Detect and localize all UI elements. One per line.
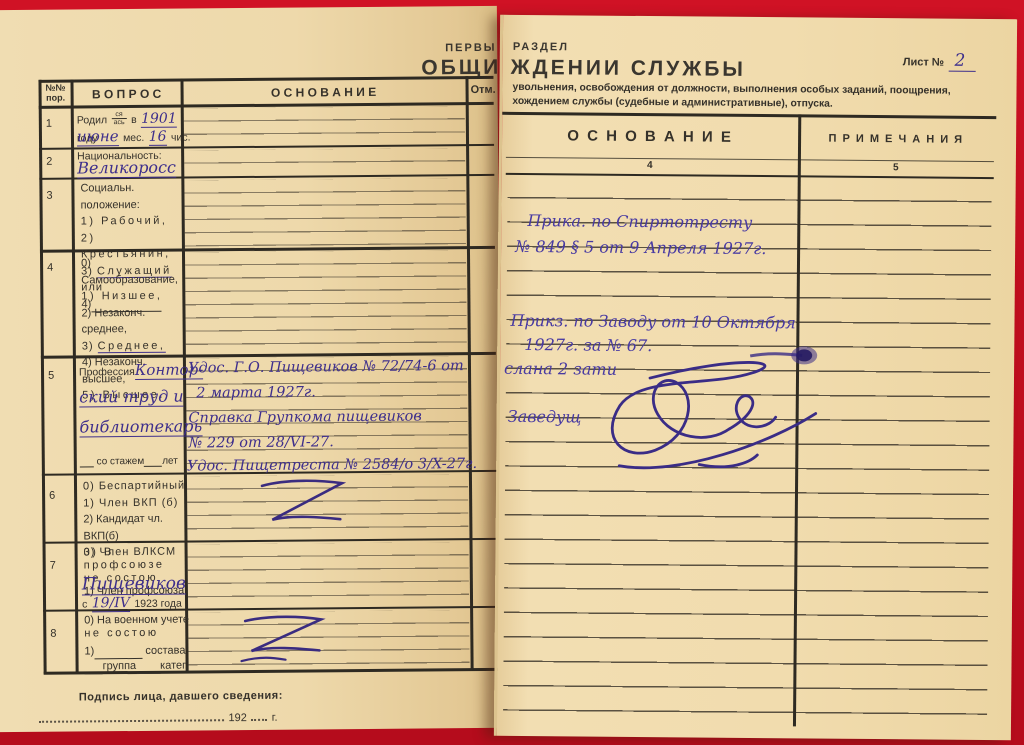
notes-column-header: П Р И М Е Ч А Н И Я xyxy=(800,132,992,146)
row7-date: с 19/IV 1923 года xyxy=(82,594,182,613)
row2-num: 2 xyxy=(46,156,52,168)
sheet-label: Лист № xyxy=(903,56,944,68)
birth-day-handwritten: 16 xyxy=(149,129,167,146)
z-strike-mark xyxy=(252,475,353,536)
row7-num: 7 xyxy=(50,560,56,572)
left-section-word: ПЕРВЫ xyxy=(445,42,496,54)
birth-year-handwritten: 1901 xyxy=(141,111,177,128)
section-subtitle: увольнения, освобождения от должности, в… xyxy=(512,81,972,112)
row8-options: 0) На военном учете не состою 1) состава… xyxy=(78,610,195,674)
basis-column-header: О С Н О В А Н И Е xyxy=(502,127,798,147)
profession-handwritten-3: библиотекарь xyxy=(79,416,202,437)
basis-line-5: Удос. Пищетреста № 2584/о 3/X-27г. xyxy=(187,456,477,475)
col-mark-header: Отм. xyxy=(471,84,496,96)
entry1-line1: Прика. по Спиртотресту xyxy=(527,211,752,232)
row1-month-day: июне мес. 16 чис. xyxy=(77,126,191,146)
row8-num: 8 xyxy=(50,628,56,640)
col-num-header: №№пор. xyxy=(41,83,69,103)
basis-column-number: 4 xyxy=(502,159,798,173)
col-question-header: В О П Р О С xyxy=(74,87,180,102)
sheet-number-handwritten: 2 xyxy=(948,51,975,72)
row5-stazh: со стажемлет xyxy=(80,455,178,468)
right-title-word: ЖДЕНИИ СЛУЖБЫ xyxy=(511,56,746,82)
entry1-line2: № 849 § 5 от 9 Апреля 1927г. xyxy=(515,237,766,258)
sya-as-fraction: ся ась xyxy=(111,111,126,126)
basis-line-2: 2 марта 1927г. xyxy=(196,384,316,401)
selected-option-underlined: Среднее, xyxy=(98,339,166,353)
row4-num: 4 xyxy=(47,262,53,274)
nationality-handwritten: Великоросс xyxy=(77,158,176,179)
right-section-word: РАЗДЕЛ xyxy=(513,41,569,53)
row4-options: 0) Самообразование, 1) Низшее, 2) Незако… xyxy=(75,252,188,404)
basis-line-3: Справка Групкома пищевиков xyxy=(188,408,422,426)
scanned-work-record-book: { "header": { "left_section_word": "ПЕРВ… xyxy=(0,0,1024,745)
row1-num: 1 xyxy=(46,118,52,130)
col-basis-header: О С Н О В А Н И Е xyxy=(184,84,464,100)
entry2-line1: Прикз. по Заводу от 10 Октября xyxy=(510,311,795,332)
sheet-number-block: Лист № 2 xyxy=(903,50,976,71)
row5-num: 5 xyxy=(48,370,54,382)
row3-num: 3 xyxy=(46,190,52,202)
signature-line: 192 г. xyxy=(39,708,278,728)
birth-month-handwritten: июне xyxy=(77,127,119,146)
basis-line-1: Удос. Г.О. Пищевиков № 72/74-6 от xyxy=(188,358,464,376)
signature-flourish xyxy=(579,345,840,487)
row6-num: 6 xyxy=(49,490,55,502)
profession-handwritten-2: ский труд и xyxy=(79,387,184,408)
row5-profession: ПрофессияКонтор- xyxy=(79,360,203,380)
questionnaire-table: №№пор. В О П Р О С О С Н О В А Н И Е Отм… xyxy=(0,6,497,10)
union-name-handwritten: Пищевиков xyxy=(82,574,186,596)
signature-caption: Подпись лица, давшего сведения: xyxy=(79,690,283,704)
basis-line-4: № 229 от 28/VI-27. xyxy=(189,434,334,451)
union-date-handwritten: 19/IV xyxy=(92,595,130,612)
notes-column-number: 5 xyxy=(800,161,992,174)
left-page: ПЕРВЫ ОБЩИ №№пор. В О П Р О С О С Н О В … xyxy=(0,6,503,732)
right-page: РАЗДЕЛ ЖДЕНИИ СЛУЖБЫ Лист № 2 увольнения… xyxy=(494,15,1017,740)
z-strike-mark xyxy=(233,612,334,671)
entry2-signoff: Заведущ xyxy=(508,407,582,427)
